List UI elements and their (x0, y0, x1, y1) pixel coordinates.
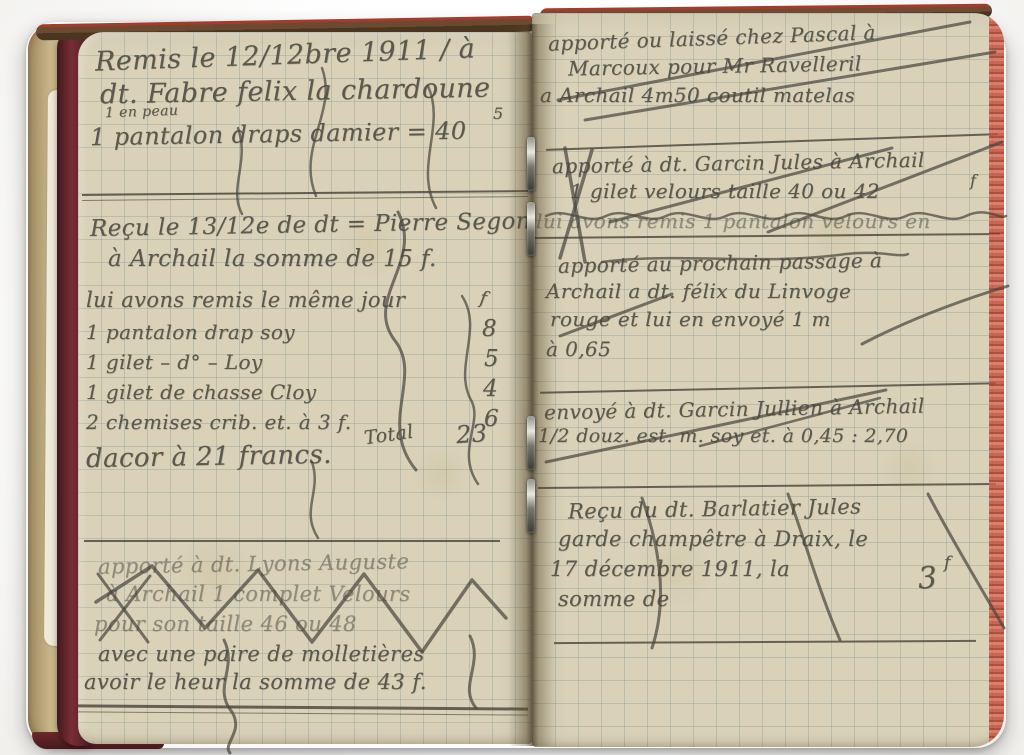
entry-line: 1 en peau (105, 103, 179, 122)
entry-line: à Archail 1 complet Velours (106, 582, 411, 606)
entry-line: 17 décembre 1911, la (550, 557, 790, 581)
entry-line: avec une paire de molletières (98, 642, 425, 666)
fore-edge-red (989, 13, 1004, 747)
list-header: lui avons remis le même jour (86, 288, 405, 312)
total-label: Total (363, 421, 415, 450)
pencil-separator (546, 133, 998, 151)
list-item-amount: 4 (483, 376, 498, 402)
staple (527, 416, 535, 470)
pencil-separator (554, 640, 976, 644)
entry-line: Marcoux pour Mr Ravelleril (568, 51, 862, 80)
pencil-separator (540, 382, 996, 394)
entry-line: 1 pantalon draps damier = 40 (90, 117, 467, 152)
list-item: 2 chemises crib. et. à 3 f. (86, 410, 352, 434)
staple (527, 202, 535, 256)
entry-line: dacor à 21 francs. (86, 440, 332, 474)
amount-value: 3 (917, 560, 939, 596)
entry-line: apporté ou laissé chez Pascal à (548, 20, 876, 55)
entry-line: apporté au prochain passage à (558, 248, 883, 278)
entry-line: lui avons remis 1 pantalon velours en (536, 209, 931, 233)
entry-line: rouge et lui en envoyé 1 m (550, 307, 831, 331)
list-item: 1 gilet – d° – Loy (86, 350, 263, 374)
entry-line: à Archail la somme de 15 f. (108, 246, 437, 272)
entry-line: garde champêtre à Draix, le (558, 527, 868, 551)
total-value: 23 (455, 419, 488, 449)
entry-line: à 0,65 (546, 337, 611, 361)
entry-line: somme de (558, 587, 669, 611)
list-item: 1 pantalon drap soy (86, 320, 295, 344)
list-item: 1 gilet de chasse Cloy (86, 380, 316, 404)
entry-line: avoir le heur la somme de 43 f. (84, 670, 427, 694)
entry-line: Reçu le 13/12e de dt = Pierre Segond (90, 208, 532, 242)
amount-unit: f (944, 553, 951, 573)
entry-line: 1 gilet velours taille 40 ou 42 (570, 179, 880, 203)
staple (527, 137, 535, 191)
entry-line: a Archail 4m50 coutil matelas (540, 83, 855, 107)
staple (527, 479, 535, 533)
entry-line: Remis le 12/12bre 1911 / à (95, 33, 476, 77)
pencil-separator (538, 483, 996, 489)
list-item-amount: 5 (484, 346, 499, 372)
unit-mark: f (478, 288, 488, 310)
margin-amount: 5 (493, 104, 504, 123)
entry-line: Archail a dt. félix du Linvoge (546, 279, 851, 303)
entry-line: Reçu du dt. Barlatier Jules (568, 494, 862, 523)
pencil-separator (78, 704, 528, 715)
unit-mark: f (970, 171, 976, 190)
pencil-separator (82, 190, 528, 201)
left-page: Remis le 12/12bre 1911 / à dt. Fabre fel… (78, 32, 532, 744)
list-item-amount: 8 (482, 316, 497, 342)
entry-line: apporté à dt. Garcin Jules à Archail (552, 148, 925, 179)
entry-line: envoyé à dt. Garcin Jullien à Archail (544, 394, 925, 425)
entry-line: 1/2 douz. est. m. soy et. à 0,45 : 2,70 (538, 425, 908, 447)
entry-line: pour son taille 46 ou 48 (94, 612, 357, 636)
pencil-separator (84, 540, 500, 542)
entry-line: apporté à dt. Lyons Auguste (98, 549, 410, 578)
pencil-separator (534, 233, 1000, 239)
right-page: apporté ou laissé chez Pascal à Marcoux … (532, 13, 1004, 747)
notebook-photo: Remis le 12/12bre 1911 / à dt. Fabre fel… (0, 0, 1024, 755)
